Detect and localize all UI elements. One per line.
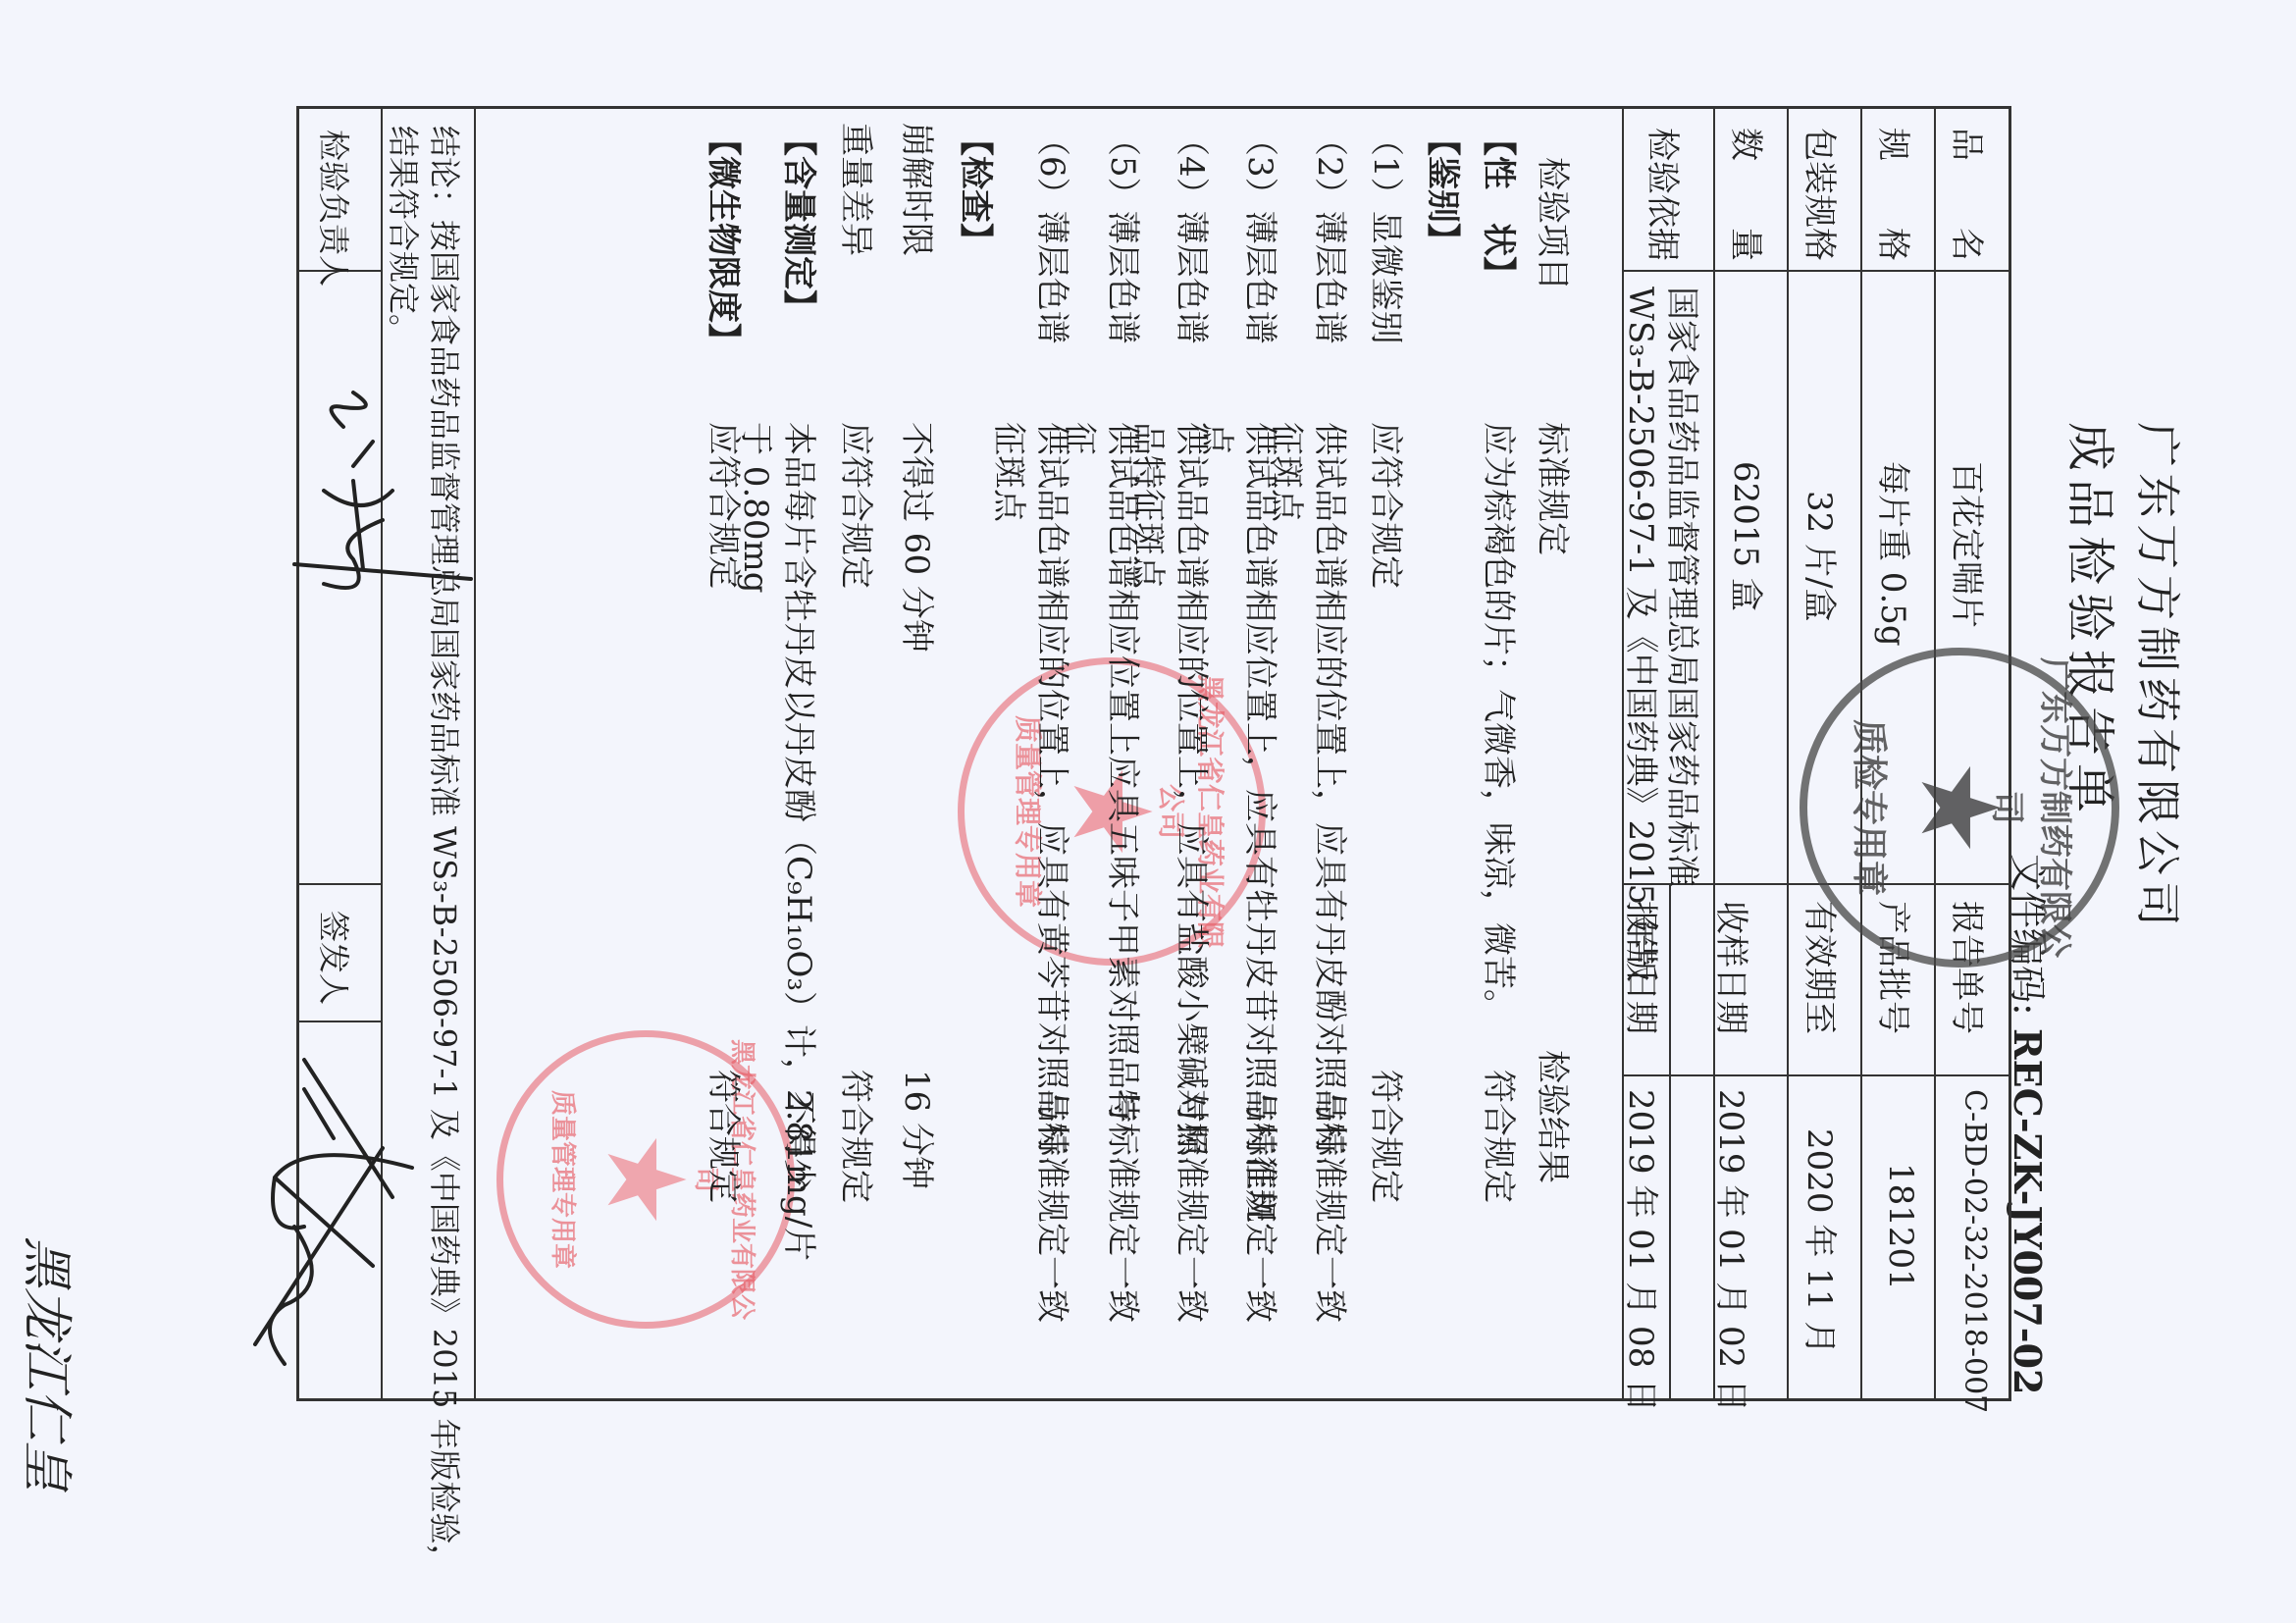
- result-standard-line: 应符合规定: [835, 422, 883, 589]
- inspector-signature: [285, 373, 500, 726]
- result-value: 与标准规定一致: [1171, 1089, 1219, 1323]
- document-title: 成品检验报告单: [2059, 422, 2129, 820]
- quantity-label: 数 量: [1725, 128, 1773, 261]
- result-value: 2.81mg/片: [778, 1089, 826, 1261]
- document-code-label: 文件编码:: [2006, 854, 2049, 1016]
- result-value: 符合规定: [1365, 1070, 1413, 1203]
- issuer-label: 签发人: [313, 911, 358, 1005]
- document-code: 文件编码: REC-ZK-JY007-02: [2004, 854, 2058, 1394]
- batch-label: 产品批号: [1872, 901, 1920, 1034]
- batch-value: 181201: [1881, 1163, 1920, 1290]
- result-item-name: （6）薄层色谱: [1031, 123, 1079, 344]
- column-standard-header: 标准规定: [1532, 422, 1580, 555]
- result-item-name: （2）薄层色谱: [1309, 123, 1357, 344]
- product-name-label: 品 名: [1946, 128, 1994, 261]
- issuer-signature: [245, 1030, 451, 1403]
- expiry-value: 2020 年 11 月: [1799, 1128, 1847, 1354]
- result-standard-line: 供试品色谱相应的位置上，应具有丹皮酚对照品特: [1309, 422, 1357, 1156]
- product-name-value: 百花定喘片: [1946, 461, 1994, 628]
- result-item-name: 【微生物限度】: [703, 123, 751, 356]
- result-item-name: （3）薄层色谱: [1239, 123, 1287, 344]
- result-item-name: （1）显微鉴别: [1365, 123, 1413, 344]
- report-number-value: C-BD-02-32-2018-007: [1957, 1089, 1992, 1413]
- report-date-label: 报告日期: [1620, 901, 1668, 1034]
- result-item-name: 【性 状】: [1478, 123, 1526, 289]
- package-label: 包装规格: [1799, 128, 1847, 261]
- result-item-name: 【鉴别】: [1422, 123, 1470, 256]
- expiry-label: 有效期至: [1799, 901, 1847, 1034]
- result-item-name: 【含量测定】: [778, 123, 826, 323]
- document-code-value: REC-ZK-JY007-02: [2006, 1028, 2050, 1394]
- result-standard-line: 应符合规定: [703, 422, 751, 589]
- result-item-name: 重量差异: [835, 123, 883, 256]
- result-item-name: 【检查】: [955, 123, 1003, 256]
- basis-label: 检验依据: [1642, 128, 1690, 261]
- result-value: 与标准规定一致: [1031, 1089, 1079, 1323]
- company-name: 广东万方制药有限公司: [2128, 422, 2193, 932]
- result-value: 16 分钟: [896, 1070, 944, 1189]
- result-standard-line: 不得过 60 分钟: [896, 422, 944, 653]
- result-value: 与标准规定一致: [1102, 1089, 1150, 1323]
- quantity-value: 62015 盒: [1725, 461, 1773, 611]
- result-value: 符合规定: [835, 1070, 883, 1203]
- result-value: 与标准规定一致: [1239, 1089, 1287, 1323]
- result-standard-line: 供试品色谱相应位置上应具五味子甲素对照品特: [1102, 422, 1150, 1123]
- result-standard-line: 应符合规定: [1365, 422, 1413, 589]
- result-value: 与标准规定一致: [1309, 1089, 1357, 1323]
- conclusion-line-2: 结果符合规定。: [383, 126, 428, 345]
- column-item-header: 检验项目: [1532, 157, 1580, 290]
- result-standard-line: 供试品色谱相应的位置上，应具有黄芩苷对照品特: [1031, 422, 1079, 1156]
- report-date-value: 2019 年 01 月 08 日: [1620, 1089, 1668, 1412]
- result-standard-line: 本品每片含牡丹皮以丹皮酚（C₉H₁₀O₃）计，不得少: [778, 422, 826, 1191]
- column-result-header: 检验结果: [1532, 1050, 1580, 1183]
- basis-line-1: 国家食品药品监督管理总局国家药品标准: [1661, 287, 1709, 887]
- spec-value: 每片重 0.5g: [1872, 461, 1920, 647]
- result-item-name: （4）薄层色谱: [1171, 123, 1219, 344]
- package-value: 32 片/盒: [1799, 491, 1847, 622]
- basis-line-2: WS₃-B-2506-97-1 及《中国药典》2015 年版: [1620, 287, 1668, 982]
- inspector-label: 检验负责人: [313, 130, 358, 287]
- result-standard-line: 供试品色谱相应的位置上，应具有盐酸小檗碱对照: [1171, 422, 1219, 1156]
- report-page: 广东万方制药有限公司 成品检验报告单 文件编码: REC-ZK-JY007-02…: [0, 0, 2296, 1623]
- received-label: 收样日期: [1710, 901, 1758, 1034]
- result-item-name: （5）薄层色谱: [1102, 123, 1150, 344]
- result-standard-line: 征斑点: [988, 422, 1036, 522]
- result-item-name: 崩解时限: [896, 123, 944, 256]
- result-standard-line: 应为棕褐色的片；气微香，味凉，微苦。: [1478, 422, 1526, 1022]
- result-value: 符合规定: [1478, 1070, 1526, 1203]
- result-value: 符合规定: [703, 1070, 751, 1203]
- received-value: 2019 年 01 月 02 日: [1710, 1089, 1758, 1412]
- spec-label: 规 格: [1872, 128, 1920, 261]
- report-number-label: 报告单号: [1946, 901, 1994, 1034]
- handwritten-note: 黑龙江仁皇: [15, 1236, 88, 1492]
